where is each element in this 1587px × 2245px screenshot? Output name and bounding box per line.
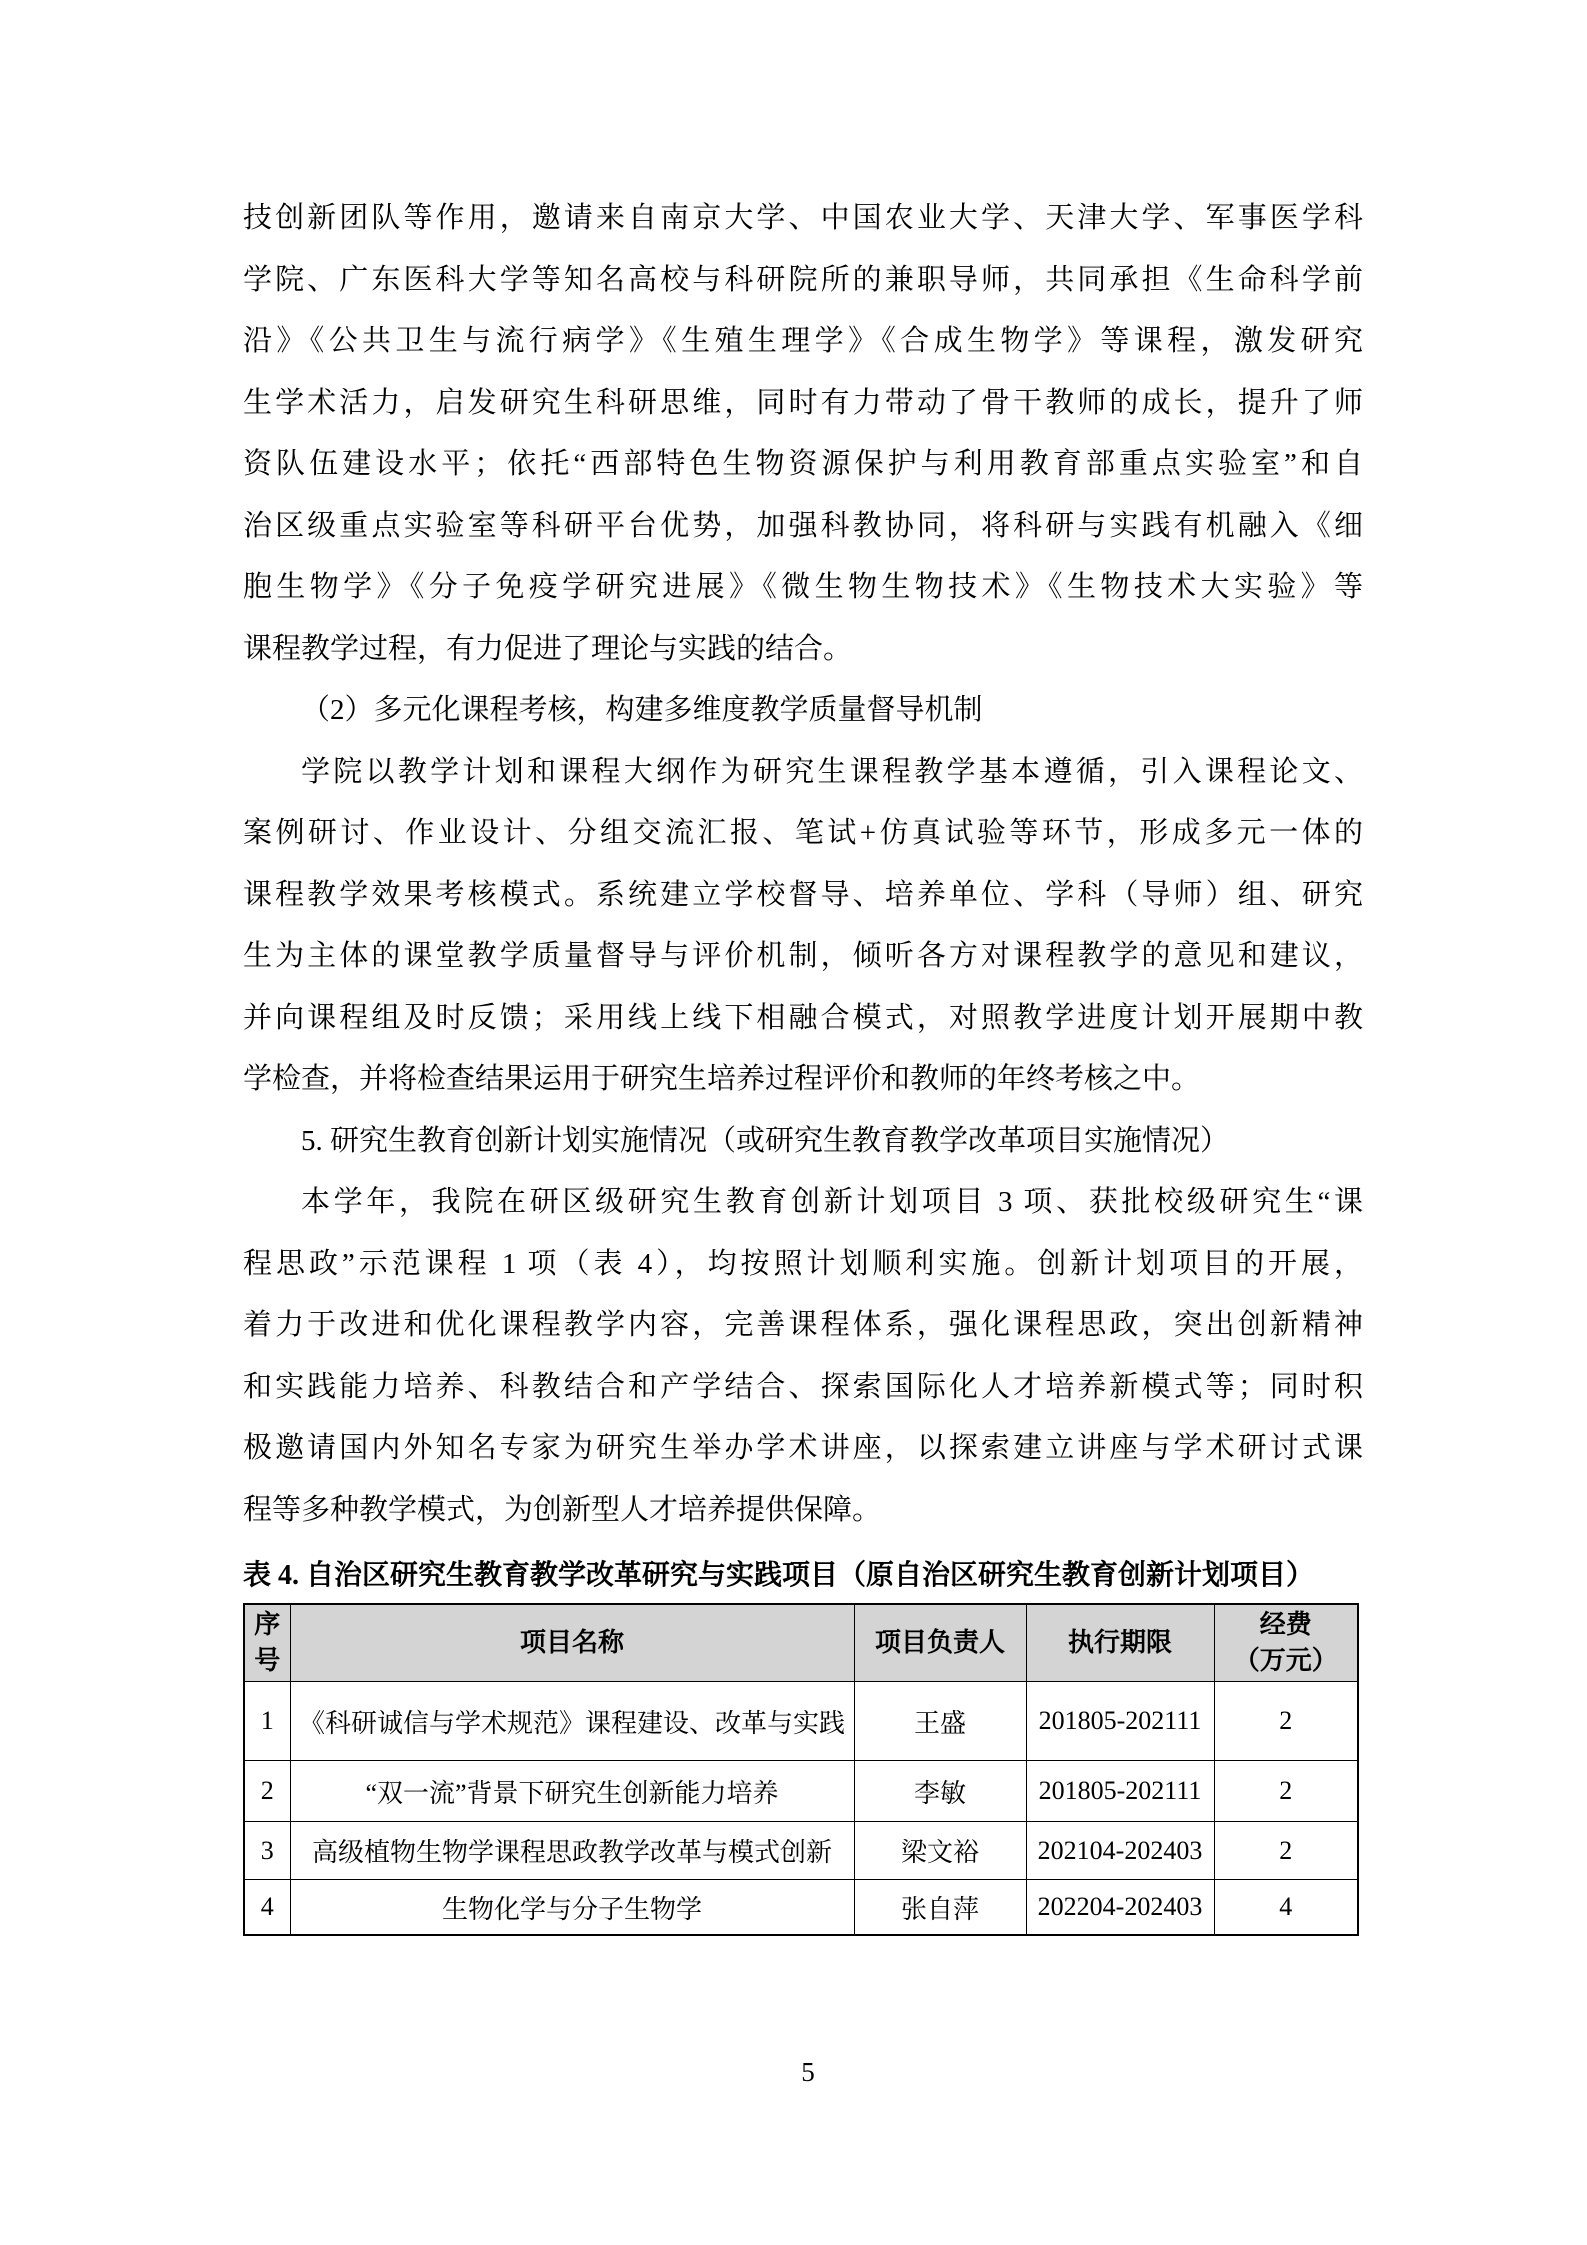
table-row: 2“双一流”背景下研究生创新能力培养李敏201805-2021112 xyxy=(244,1761,1358,1822)
body-line: （2）多元化课程考核，构建多维度教学质量督导机制 xyxy=(243,680,1363,742)
projects-table: 序 号项目名称项目负责人执行期限经费 （万元） 1《科研诚信与学术规范》课程建设… xyxy=(243,1603,1359,1936)
table-cell: 202104-202403 xyxy=(1026,1822,1214,1880)
table-header-cell: 执行期限 xyxy=(1026,1604,1214,1682)
table-caption: 表 4. 自治区研究生教育教学改革研究与实践项目（原自治区研究生教育创新计划项目… xyxy=(243,1555,1363,1597)
table-cell: 201805-202111 xyxy=(1026,1682,1214,1761)
body-line: 学检查，并将检查结果运用于研究生培养过程评价和教师的年终考核之中。 xyxy=(243,1049,1363,1111)
table-row: 3高级植物生物学课程思政教学改革与模式创新梁文裕202104-2024032 xyxy=(244,1822,1358,1880)
body-line: 案例研讨、作业设计、分组交流汇报、笔试+仿真试验等环节，形成多元一体的 xyxy=(243,803,1363,865)
table-header-cell: 项目名称 xyxy=(290,1604,854,1682)
table-header-cell: 经费 （万元） xyxy=(1214,1604,1358,1682)
body-line: 5. 研究生教育创新计划实施情况（或研究生教育教学改革项目实施情况） xyxy=(243,1111,1363,1173)
table-cell: 生物化学与分子生物学 xyxy=(290,1880,854,1936)
projects-table-header: 序 号项目名称项目负责人执行期限经费 （万元） xyxy=(244,1604,1358,1682)
body-line: 学院以教学计划和课程大纲作为研究生课程教学基本遵循，引入课程论文、 xyxy=(243,742,1363,804)
table-row: 4生物化学与分子生物学张自萍202204-2024034 xyxy=(244,1880,1358,1936)
projects-table-body: 1《科研诚信与学术规范》课程建设、改革与实践王盛201805-20211122“… xyxy=(244,1682,1358,1936)
table-cell: 2 xyxy=(1214,1761,1358,1822)
body-line: 极邀请国内外知名专家为研究生举办学术讲座，以探索建立讲座与学术研讨式课 xyxy=(243,1418,1363,1480)
table-cell: 4 xyxy=(244,1880,290,1936)
table-cell: 2 xyxy=(244,1761,290,1822)
table-cell: 王盛 xyxy=(854,1682,1026,1761)
table-cell: 高级植物生物学课程思政教学改革与模式创新 xyxy=(290,1822,854,1880)
table-row: 1《科研诚信与学术规范》课程建设、改革与实践王盛201805-2021112 xyxy=(244,1682,1358,1761)
page-number: 5 xyxy=(243,2052,1373,2092)
table-cell: 张自萍 xyxy=(854,1880,1026,1936)
table-cell: 2 xyxy=(1214,1682,1358,1761)
table-header-cell: 序 号 xyxy=(244,1604,290,1682)
body-line: 课程教学过程，有力促进了理论与实践的结合。 xyxy=(243,619,1363,681)
table-header-row: 序 号项目名称项目负责人执行期限经费 （万元） xyxy=(244,1604,1358,1682)
table-cell: 《科研诚信与学术规范》课程建设、改革与实践 xyxy=(290,1682,854,1761)
body-line: 程思政”示范课程 1 项（表 4），均按照计划顺利实施。创新计划项目的开展， xyxy=(243,1234,1363,1296)
table-cell: 202204-202403 xyxy=(1026,1880,1214,1936)
body-line: 并向课程组及时反馈；采用线上线下相融合模式，对照教学进度计划开展期中教 xyxy=(243,988,1363,1050)
table-cell: 4 xyxy=(1214,1880,1358,1936)
document-page: 技创新团队等作用，邀请来自南京大学、中国农业大学、天津大学、军事医学科学院、广东… xyxy=(0,0,1587,2245)
body-line: 程等多种教学模式，为创新型人才培养提供保障。 xyxy=(243,1480,1363,1542)
table-cell: 李敏 xyxy=(854,1761,1026,1822)
body-line: 着力于改进和优化课程教学内容，完善课程体系，强化课程思政，突出创新精神 xyxy=(243,1295,1363,1357)
table-cell: 3 xyxy=(244,1822,290,1880)
table-cell: 201805-202111 xyxy=(1026,1761,1214,1822)
body-line: 胞生物学》《分子免疫学研究进展》《微生物生物技术》《生物技术大实验》等 xyxy=(243,557,1363,619)
body-line: 生为主体的课堂教学质量督导与评价机制，倾听各方对课程教学的意见和建议， xyxy=(243,926,1363,988)
table-cell: 梁文裕 xyxy=(854,1822,1026,1880)
body-paragraphs: 技创新团队等作用，邀请来自南京大学、中国农业大学、天津大学、军事医学科学院、广东… xyxy=(243,188,1363,1541)
body-line: 资队伍建设水平；依托“西部特色生物资源保护与利用教育部重点实验室”和自 xyxy=(243,434,1363,496)
body-line: 本学年，我院在研区级研究生教育创新计划项目 3 项、获批校级研究生“课 xyxy=(243,1172,1363,1234)
table-cell: 1 xyxy=(244,1682,290,1761)
table-cell: 2 xyxy=(1214,1822,1358,1880)
body-line: 沿》《公共卫生与流行病学》《生殖生理学》《合成生物学》等课程，激发研究 xyxy=(243,311,1363,373)
body-line: 和实践能力培养、科教结合和产学结合、探索国际化人才培养新模式等；同时积 xyxy=(243,1357,1363,1419)
body-line: 治区级重点实验室等科研平台优势，加强科教协同，将科研与实践有机融入《细 xyxy=(243,496,1363,558)
body-line: 技创新团队等作用，邀请来自南京大学、中国农业大学、天津大学、军事医学科 xyxy=(243,188,1363,250)
table-header-cell: 项目负责人 xyxy=(854,1604,1026,1682)
page-content: 技创新团队等作用，邀请来自南京大学、中国农业大学、天津大学、军事医学科学院、广东… xyxy=(243,188,1363,1936)
body-line: 课程教学效果考核模式。系统建立学校督导、培养单位、学科（导师）组、研究 xyxy=(243,865,1363,927)
body-line: 学院、广东医科大学等知名高校与科研院所的兼职导师，共同承担《生命科学前 xyxy=(243,250,1363,312)
table-cell: “双一流”背景下研究生创新能力培养 xyxy=(290,1761,854,1822)
body-line: 生学术活力，启发研究生科研思维，同时有力带动了骨干教师的成长，提升了师 xyxy=(243,373,1363,435)
